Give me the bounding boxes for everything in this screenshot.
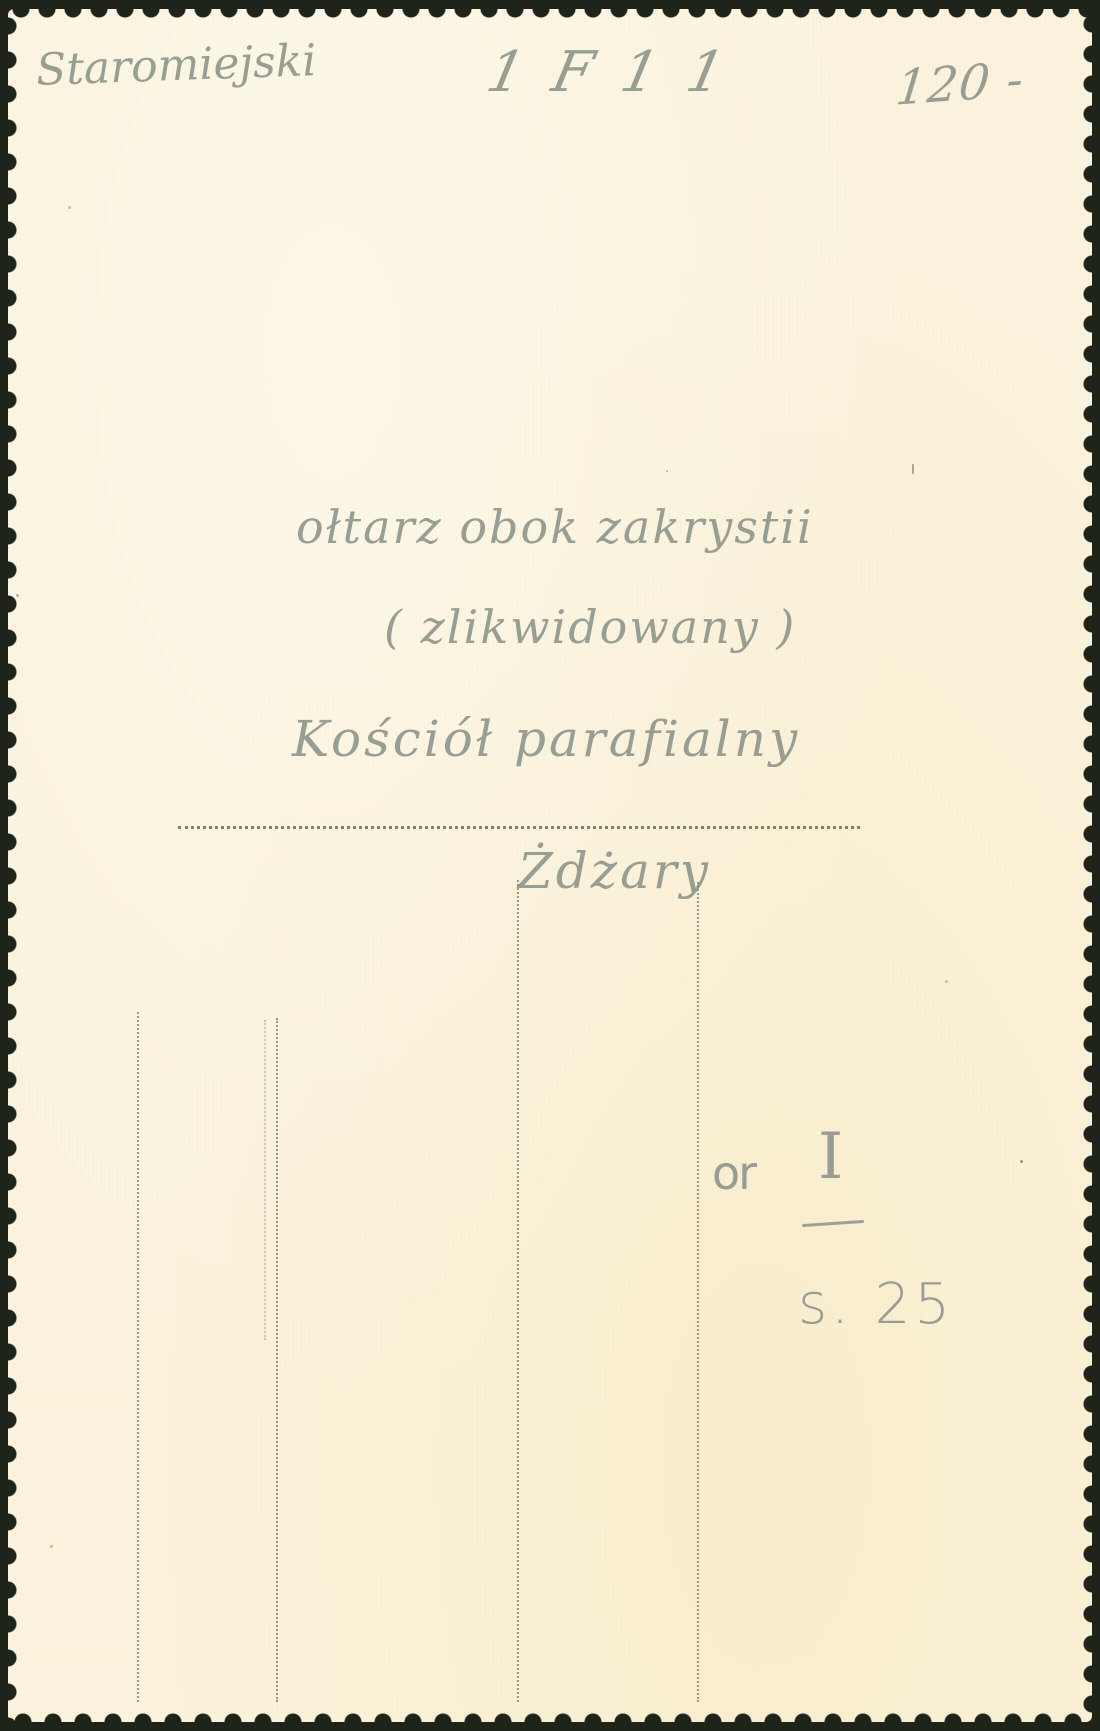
paper-speck (945, 980, 948, 983)
deckled-edge-left (8, 9, 24, 1722)
deckled-edge-bottom (8, 1704, 1092, 1722)
printed-address-guide-line (517, 880, 519, 1702)
catalog-code-note: 1 F 1 1 (481, 40, 736, 105)
deckled-edge-top (8, 9, 1092, 27)
paper-speck (1020, 1160, 1023, 1163)
page-reference: s. 25 (798, 1272, 954, 1337)
paper-speck (666, 470, 668, 472)
or-label: or (712, 1146, 755, 1200)
printed-divider-line (178, 826, 860, 829)
description-line-4: Żdżary (518, 842, 711, 900)
deckled-edge-right (1076, 9, 1092, 1722)
paper-speck (16, 594, 19, 597)
roman-numeral: I (818, 1120, 844, 1194)
paper-speck (68, 206, 71, 209)
paper-speck (50, 1545, 53, 1548)
description-line-3: Kościół parafialny (292, 710, 800, 768)
printed-stamp-guide-line (276, 1018, 278, 1702)
item-number-note: 120 - (893, 51, 1027, 116)
printed-address-guide-line (697, 882, 699, 1702)
place-note: Staromiejski (35, 35, 317, 96)
faint-guide-line (264, 1020, 266, 1340)
description-line-2: ( zlikwidowany ) (384, 600, 796, 654)
description-line-1: ołtarz obok zakrystii (296, 500, 814, 554)
paper-speck (912, 464, 914, 474)
printed-stamp-guide-line (137, 1012, 139, 1702)
